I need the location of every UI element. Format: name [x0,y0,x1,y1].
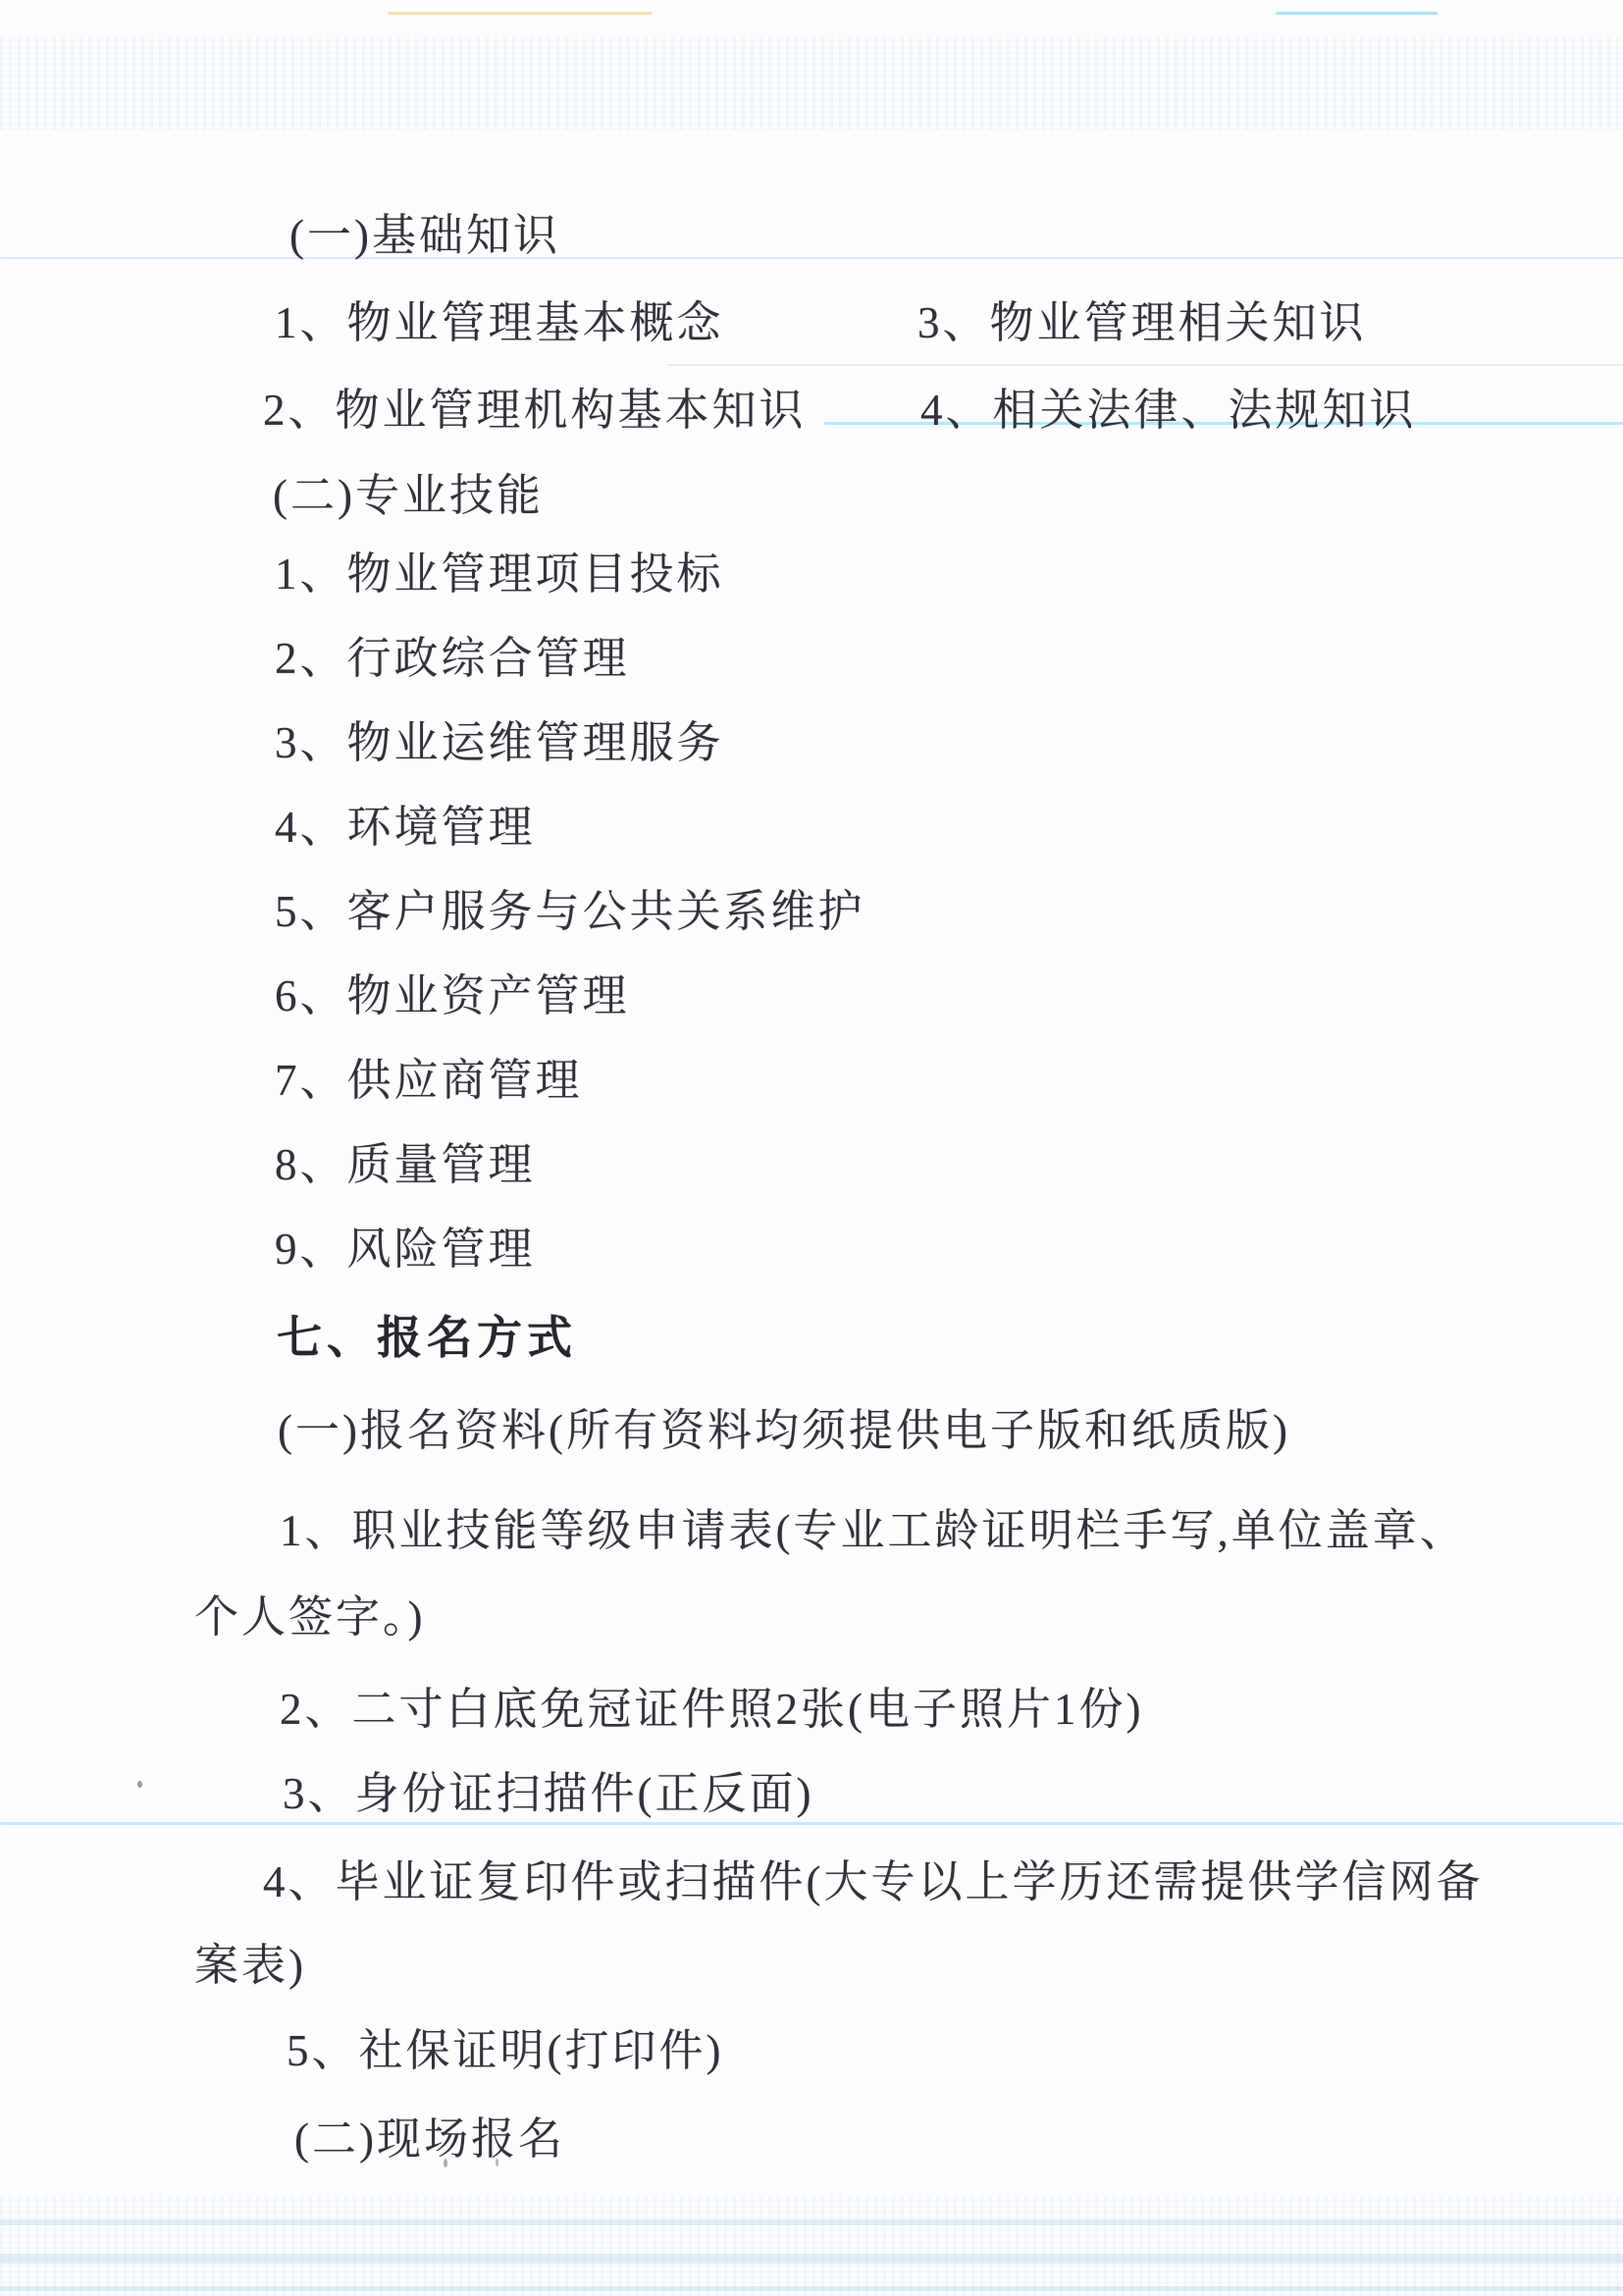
section-heading-professional-skills: (二)专业技能 [273,466,544,525]
list-item-material-3: 3、身份证扫描件(正反面) [283,1764,813,1823]
subsection-heading-registration-materials: (一)报名资料(所有资料均须提供电子版和纸质版) [278,1401,1290,1460]
scan-artifact-line [0,257,1623,259]
scan-artifact-line [0,2254,1623,2264]
list-item-material-5: 5、社保证明(打印件) [287,2021,723,2080]
scan-artifact-line [1276,12,1438,15]
scan-noise-top [0,37,1623,130]
scan-noise-bottom [0,2196,1623,2296]
scan-speck [137,1781,142,1788]
scan-artifact-line [388,12,653,15]
list-item-skill-2: 2、行政综合管理 [275,629,630,688]
list-item-skill-7: 7、供应商管理 [275,1051,583,1110]
scan-artifact-line [667,364,1623,366]
list-item-material-2: 2、二寸白底免冠证件照2张(电子照片1份) [280,1680,1143,1739]
list-item-material-1-line2: 个人签字。) [194,1588,426,1646]
list-item-skill-3: 3、物业运维管理服务 [275,713,724,772]
scanned-document-page: (一)基础知识 1、物业管理基本概念 3、物业管理相关知识 2、物业管理机构基本… [0,0,1623,2296]
section-heading-registration-method: 七、报名方式 [277,1308,577,1367]
list-item-skill-4: 4、环境管理 [275,798,536,857]
list-item-skill-5: 5、客户服务与公共关系维护 [275,882,865,941]
list-item-skill-1: 1、物业管理项目投标 [275,545,724,603]
list-item-material-4-line2: 案表) [194,1936,306,1995]
list-item-basic-2: 2、物业管理机构基本知识 [263,381,807,440]
subsection-heading-onsite-registration: (二)现场报名 [294,2110,565,2168]
scan-artifact-line [0,2286,1623,2291]
scan-artifact-line [0,2219,1623,2225]
list-item-basic-3: 3、物业管理相关知识 [917,293,1367,352]
list-item-basic-4: 4、相关法律、法规知识 [920,381,1417,440]
list-item-skill-9: 9、风险管理 [275,1220,536,1278]
section-heading-basic-knowledge: (一)基础知识 [289,206,560,265]
list-item-skill-6: 6、物业资产管理 [275,966,630,1025]
list-item-basic-1: 1、物业管理基本概念 [275,293,724,352]
list-item-material-4-line1: 4、毕业证复印件或扫描件(大专以上学历还需提供学信网备 [263,1852,1484,1911]
list-item-material-1-line1: 1、职业技能等级申请表(专业工龄证明栏手写,单位盖章、 [280,1501,1467,1560]
list-item-skill-8: 8、质量管理 [275,1135,536,1194]
